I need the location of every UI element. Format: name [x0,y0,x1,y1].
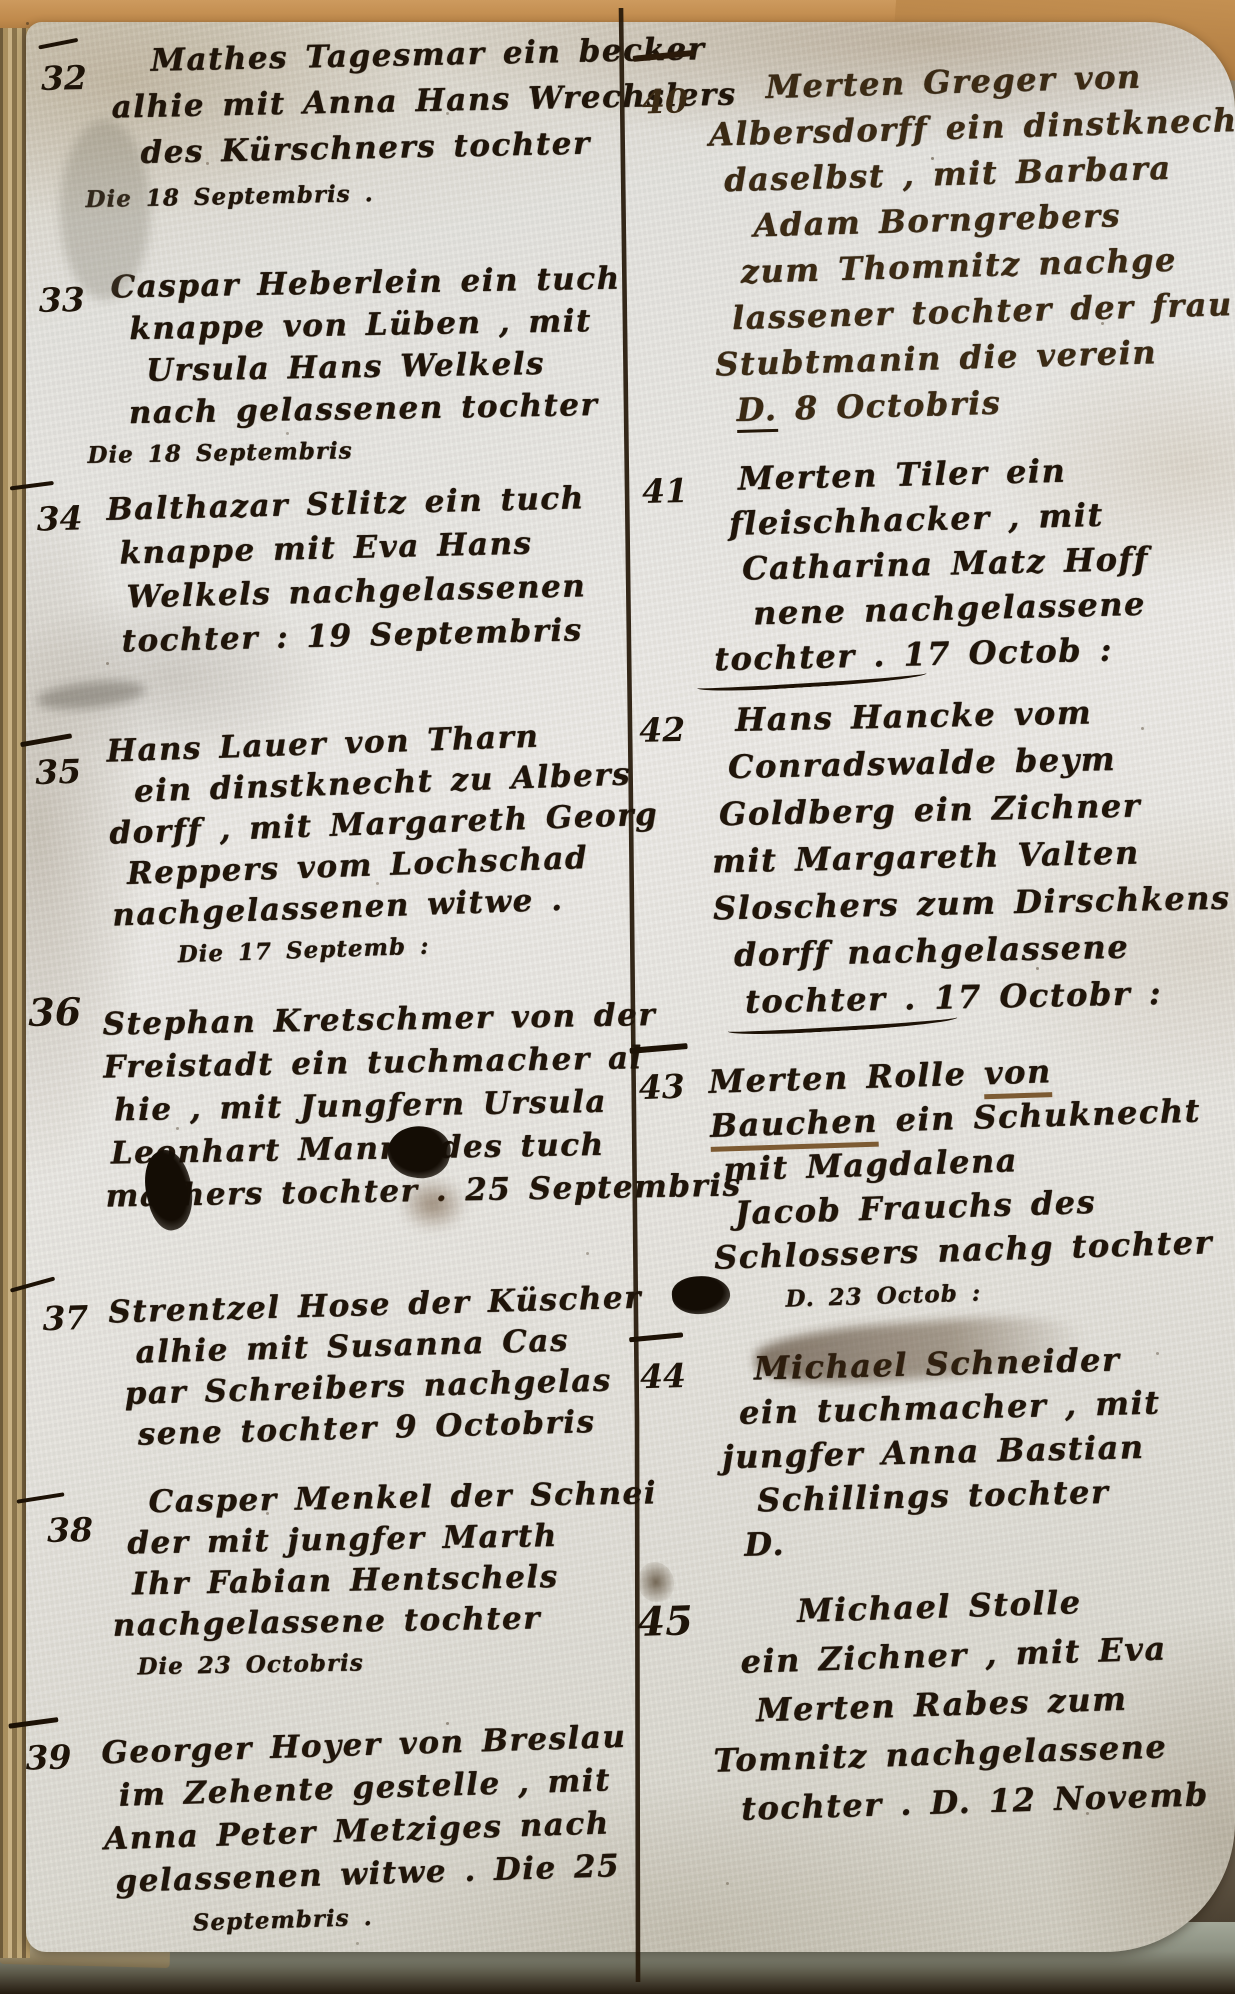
register-entry: 33 Caspar Heberlein ein tuch knappe von … [110,258,624,477]
paper-specks [26,22,29,25]
register-entry: 38 Casper Menkel der Schnei der mit jung… [110,1473,660,1688]
gray-smear [60,120,150,300]
register-entry: 41 Merten Tiler ein fleischhacker , mit … [709,447,1151,683]
register-entry: 42 Hans Hancke vom Conradswalde beym Gol… [709,687,1233,1027]
entry-number: 35 [35,751,82,794]
entry-number: 39 [25,1735,72,1779]
entry-number: 34 [36,496,83,541]
entry-number: 43 [638,1065,685,1110]
entry-number: 41 [642,468,689,514]
entry-number: 38 [47,1509,94,1551]
entry-number: 40 [641,78,688,125]
register-entry: 34 Balthazar Stlitz ein tuch knappe mit … [106,476,589,664]
register-page-photo: 32 Mathes Tagesmar ein becker alhie mit … [0,0,1235,1994]
underlined-word: von [983,1052,1052,1099]
register-entry: 39 Georger Hoyer von Breslau im Zehente … [101,1716,633,1947]
entry-number: 32 [40,55,87,102]
register-entry: 40 Merten Greger von Albersdorff ein din… [707,50,1235,433]
entry-line: nach gelassenen tochter [128,384,623,435]
underlined-date-letter: D. [736,390,778,433]
entry-number: 33 [38,279,85,322]
entry-number: 37 [42,1297,89,1339]
entry-number: 36 [28,990,82,1034]
register-entry: 35 Hans Lauer von Tharn ein dinstknecht … [106,712,663,977]
entry-number: 45 [636,1596,693,1647]
ink-blot [638,1562,674,1602]
entry-number: 44 [640,1354,687,1399]
ink-spray [398,1176,468,1232]
register-entry: 45 Michael Stolle ein Zichner , mit Eva … [708,1574,1209,1834]
entry-number: 42 [639,706,686,754]
entry-line: knappe von Lüben , mit [129,300,622,351]
register-entry: 37 Strentzel Hose der Küscher alhie mit … [108,1278,646,1457]
register-entry: 43 Merten Rolle von Bauchen ein Schuknec… [708,1044,1215,1324]
